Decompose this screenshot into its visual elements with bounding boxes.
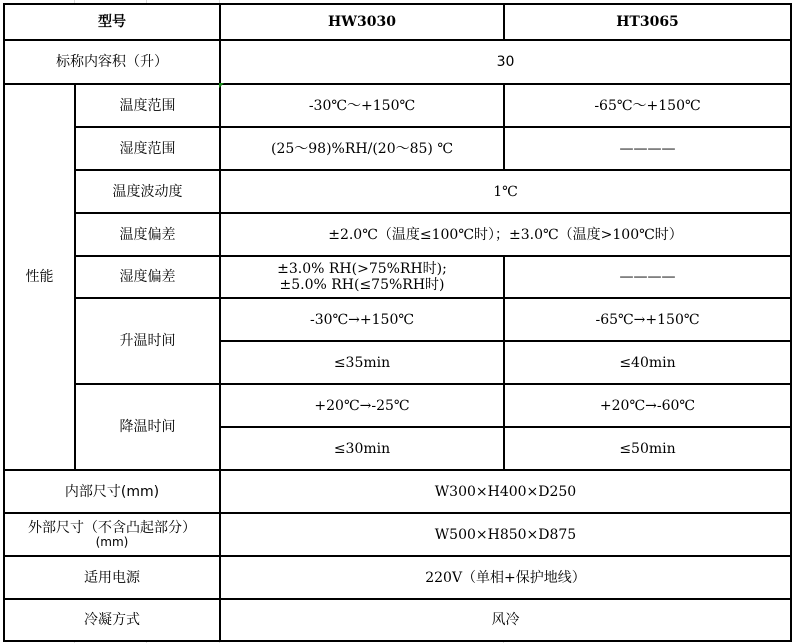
humidity-range-hw3030[interactable]: (25～98)%RH/(20～85) ℃ (220, 127, 504, 170)
temp-range-row: 性能 温度范围 -30℃～+150℃ -65℃～+150℃ (4, 84, 791, 127)
power-label[interactable]: 适用电源 (4, 556, 220, 599)
model-hw3030-header[interactable]: HW3030 (220, 4, 504, 40)
outer-size-row: 外部尺寸（不含凸起部分） (mm) W500×H850×D875 (4, 513, 791, 556)
humidity-range-ht3065[interactable]: ———— (504, 127, 791, 170)
outer-size-label-line1: 外部尺寸（不含凸起部分） (7, 520, 217, 536)
humidity-range-label[interactable]: 湿度范围 (75, 127, 220, 170)
power-value[interactable]: 220V（单相+保护地线） (220, 556, 791, 599)
cell-comment-marker-icon (219, 83, 224, 88)
cooling-range-ht3065[interactable]: +20℃→-60℃ (504, 384, 791, 427)
cooling-time-hw3030[interactable]: ≤30min (220, 427, 504, 470)
temp-range-ht3065[interactable]: -65℃～+150℃ (504, 84, 791, 127)
temp-fluctuation-label[interactable]: 温度波动度 (75, 170, 220, 213)
model-header-label[interactable]: 型号 (4, 4, 220, 40)
temp-fluctuation-value[interactable]: 1℃ (220, 170, 791, 213)
cooling-time-ht3065[interactable]: ≤50min (504, 427, 791, 470)
capacity-label[interactable]: 标称内容积（升） (4, 40, 220, 84)
heating-range-row: 升温时间 -30℃→+150℃ -65℃→+150℃ (4, 298, 791, 341)
outer-size-value[interactable]: W500×H850×D875 (220, 513, 791, 556)
heating-range-ht3065[interactable]: -65℃→+150℃ (504, 298, 791, 341)
inner-size-label[interactable]: 内部尺寸(mm) (4, 470, 220, 513)
temp-range-hw3030[interactable]: -30℃～+150℃ (220, 84, 504, 127)
cooling-range-row: 降温时间 +20℃→-25℃ +20℃→-60℃ (4, 384, 791, 427)
temp-deviation-value[interactable]: ±2.0℃（温度≤100℃时）；±3.0℃（温度>100℃时） (220, 213, 791, 256)
inner-size-value[interactable]: W300×H400×D250 (220, 470, 791, 513)
condensing-value[interactable]: 风冷 (220, 599, 791, 641)
temp-fluctuation-row: 温度波动度 1℃ (4, 170, 791, 213)
temp-range-label[interactable]: 温度范围 (75, 84, 220, 127)
cooling-time-label[interactable]: 降温时间 (75, 384, 220, 470)
heating-time-hw3030[interactable]: ≤35min (220, 341, 504, 384)
condensing-label[interactable]: 冷凝方式 (4, 599, 220, 641)
spec-table: 型号 HW3030 HT3065 标称内容积（升） 30 性能 温度范围 -30… (3, 3, 792, 642)
temp-deviation-label[interactable]: 温度偏差 (75, 213, 220, 256)
humidity-range-row: 湿度范围 (25～98)%RH/(20～85) ℃ ———— (4, 127, 791, 170)
inner-size-row: 内部尺寸(mm) W300×H400×D250 (4, 470, 791, 513)
outer-size-label[interactable]: 外部尺寸（不含凸起部分） (mm) (4, 513, 220, 556)
humidity-deviation-line1: ±3.0% RH(>75%RH时); (223, 261, 501, 277)
temp-deviation-row: 温度偏差 ±2.0℃（温度≤100℃时）；±3.0℃（温度>100℃时） (4, 213, 791, 256)
power-row: 适用电源 220V（单相+保护地线） (4, 556, 791, 599)
cooling-range-hw3030[interactable]: +20℃→-25℃ (220, 384, 504, 427)
heating-time-label[interactable]: 升温时间 (75, 298, 220, 384)
outer-size-label-line2: (mm) (7, 536, 217, 549)
model-ht3065-header[interactable]: HT3065 (504, 4, 791, 40)
performance-group-label[interactable]: 性能 (4, 84, 75, 470)
condensing-row: 冷凝方式 风冷 (4, 599, 791, 641)
heating-range-hw3030[interactable]: -30℃→+150℃ (220, 298, 504, 341)
heating-time-ht3065[interactable]: ≤40min (504, 341, 791, 384)
header-row: 型号 HW3030 HT3065 (4, 4, 791, 40)
capacity-value[interactable]: 30 (220, 40, 791, 84)
humidity-deviation-ht3065[interactable]: ———— (504, 256, 791, 298)
humidity-deviation-label[interactable]: 湿度偏差 (75, 256, 220, 298)
capacity-row: 标称内容积（升） 30 (4, 40, 791, 84)
humidity-deviation-line2: ±5.0% RH(≤75%RH时) (223, 277, 501, 293)
humidity-deviation-hw3030[interactable]: ±3.0% RH(>75%RH时); ±5.0% RH(≤75%RH时) (220, 256, 504, 298)
humidity-deviation-row: 湿度偏差 ±3.0% RH(>75%RH时); ±5.0% RH(≤75%RH时… (4, 256, 791, 298)
